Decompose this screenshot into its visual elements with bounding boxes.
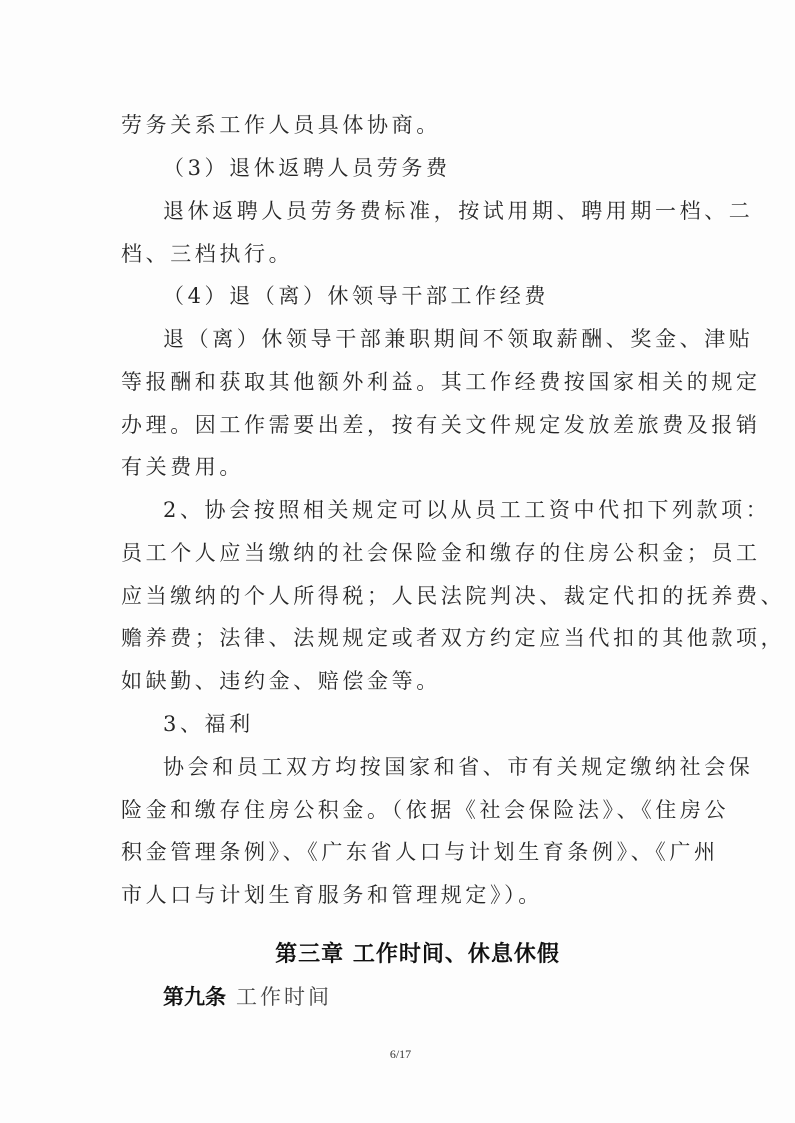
article-label: 第九条 (163, 985, 226, 1009)
text-line: 积金管理条例》、《广东省人口与计划生育条例》、《广州 (121, 838, 681, 866)
text-line: 劳务关系工作人员具体协商。 (121, 111, 681, 139)
document-page: 劳务关系工作人员具体协商。（3）退休返聘人员劳务费退休返聘人员劳务费标准，按试用… (0, 0, 795, 1123)
page-number: 6/17 (0, 1047, 795, 1062)
text-line: 档、三档执行。 (121, 240, 681, 268)
text-line: 应当缴纳的个人所得税；人民法院判决、裁定代扣的抚养费、 (121, 582, 681, 610)
text-line: 险金和缴存住房公积金。（依据《社会保险法》、《住房公 (121, 796, 681, 824)
article-heading: 第九条工作时间 (163, 983, 332, 1011)
chapter-heading: 第三章 工作时间、休息休假 (0, 940, 795, 970)
text-line: 员工个人应当缴纳的社会保险金和缴存的住房公积金；员工 (121, 539, 681, 567)
text-line: 等报酬和获取其他额外利益。其工作经费按国家相关的规定 (121, 368, 681, 396)
text-line: 退（离）休领导干部兼职期间不领取薪酬、奖金、津贴 (163, 325, 723, 353)
text-line: 办理。因工作需要出差，按有关文件规定发放差旅费及报销 (121, 411, 681, 439)
text-line: 有关费用。 (121, 453, 681, 481)
text-line: （4）退（离）休领导干部工作经费 (163, 282, 723, 310)
text-line: （3）退休返聘人员劳务费 (163, 154, 723, 182)
text-line: 退休返聘人员劳务费标准，按试用期、聘用期一档、二 (163, 197, 723, 225)
text-line: 市人口与计划生育服务和管理规定》）。 (121, 881, 681, 909)
text-line: 2、协会按照相关规定可以从员工工资中代扣下列款项： (163, 496, 723, 524)
article-title: 工作时间 (236, 985, 332, 1009)
text-line: 协会和员工双方均按国家和省、市有关规定缴纳社会保 (163, 753, 723, 781)
text-line: 如缺勤、违约金、赔偿金等。 (121, 667, 681, 695)
text-line: 3、福利 (163, 710, 723, 738)
text-line: 赡养费；法律、法规规定或者双方约定应当代扣的其他款项， (121, 624, 681, 652)
